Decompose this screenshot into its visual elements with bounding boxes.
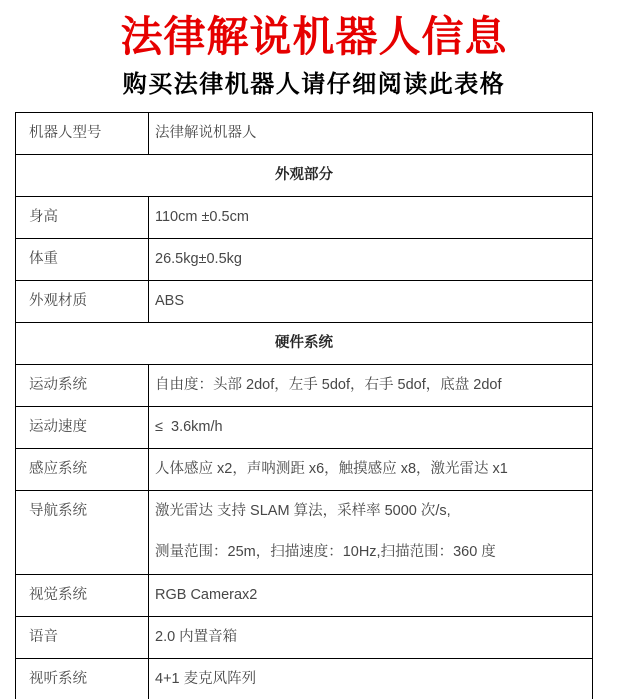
row-label: 感应系统 — [16, 449, 149, 491]
row-label: 体重 — [16, 239, 149, 281]
table-row: 语音 2.0 内置音箱 — [16, 617, 593, 659]
row-value: 110cm ±0.5cm — [149, 197, 593, 239]
row-value: 2.0 内置音箱 — [149, 617, 593, 659]
table-row: 体重 26.5kg±0.5kg — [16, 239, 593, 281]
row-label: 视听系统 — [16, 659, 149, 699]
row-value: 4+1 麦克风阵列 — [149, 659, 593, 699]
robot-spec-table: 机器人型号 法律解说机器人 外观部分 身高 110cm ±0.5cm 体重 26… — [15, 112, 593, 699]
row-label: 机器人型号 — [16, 113, 149, 155]
table-row: 导航系统 激光雷达 支持 SLAM 算法，采样率 5000 次/s, 测量范围：… — [16, 491, 593, 575]
table-row: 外观材质 ABS — [16, 281, 593, 323]
page-title: 法律解说机器人信息 — [0, 16, 628, 58]
row-label: 视觉系统 — [16, 575, 149, 617]
table-row: 视觉系统 RGB Camerax2 — [16, 575, 593, 617]
row-label: 导航系统 — [16, 491, 149, 575]
section-row: 外观部分 — [16, 155, 593, 197]
row-value: 自由度：头部 2dof，左手 5dof，右手 5dof，底盘 2dof — [149, 365, 593, 407]
table-row: 视听系统 4+1 麦克风阵列 — [16, 659, 593, 699]
table-row: 感应系统 人体感应 x2，声呐测距 x6，触摸感应 x8，激光雷达 x1 — [16, 449, 593, 491]
table-row: 运动速度 ≤ 3.6km/h — [16, 407, 593, 449]
row-label: 外观材质 — [16, 281, 149, 323]
row-value: 人体感应 x2，声呐测距 x6，触摸感应 x8，激光雷达 x1 — [149, 449, 593, 491]
row-label: 运动系统 — [16, 365, 149, 407]
section-title: 硬件系统 — [16, 323, 593, 365]
row-value: 26.5kg±0.5kg — [149, 239, 593, 281]
row-label: 身高 — [16, 197, 149, 239]
table-row: 运动系统 自由度：头部 2dof，左手 5dof，右手 5dof，底盘 2dof — [16, 365, 593, 407]
row-value: RGB Camerax2 — [149, 575, 593, 617]
row-value: ≤ 3.6km/h — [149, 407, 593, 449]
row-value: ABS — [149, 281, 593, 323]
page-subtitle: 购买法律机器人请仔细阅读此表格 — [0, 72, 628, 98]
row-label: 语音 — [16, 617, 149, 659]
row-value: 激光雷达 支持 SLAM 算法，采样率 5000 次/s, 测量范围：25m，扫… — [149, 491, 593, 575]
table-row: 身高 110cm ±0.5cm — [16, 197, 593, 239]
row-label: 运动速度 — [16, 407, 149, 449]
table-row: 机器人型号 法律解说机器人 — [16, 113, 593, 155]
section-title: 外观部分 — [16, 155, 593, 197]
row-value: 法律解说机器人 — [149, 113, 593, 155]
section-row: 硬件系统 — [16, 323, 593, 365]
